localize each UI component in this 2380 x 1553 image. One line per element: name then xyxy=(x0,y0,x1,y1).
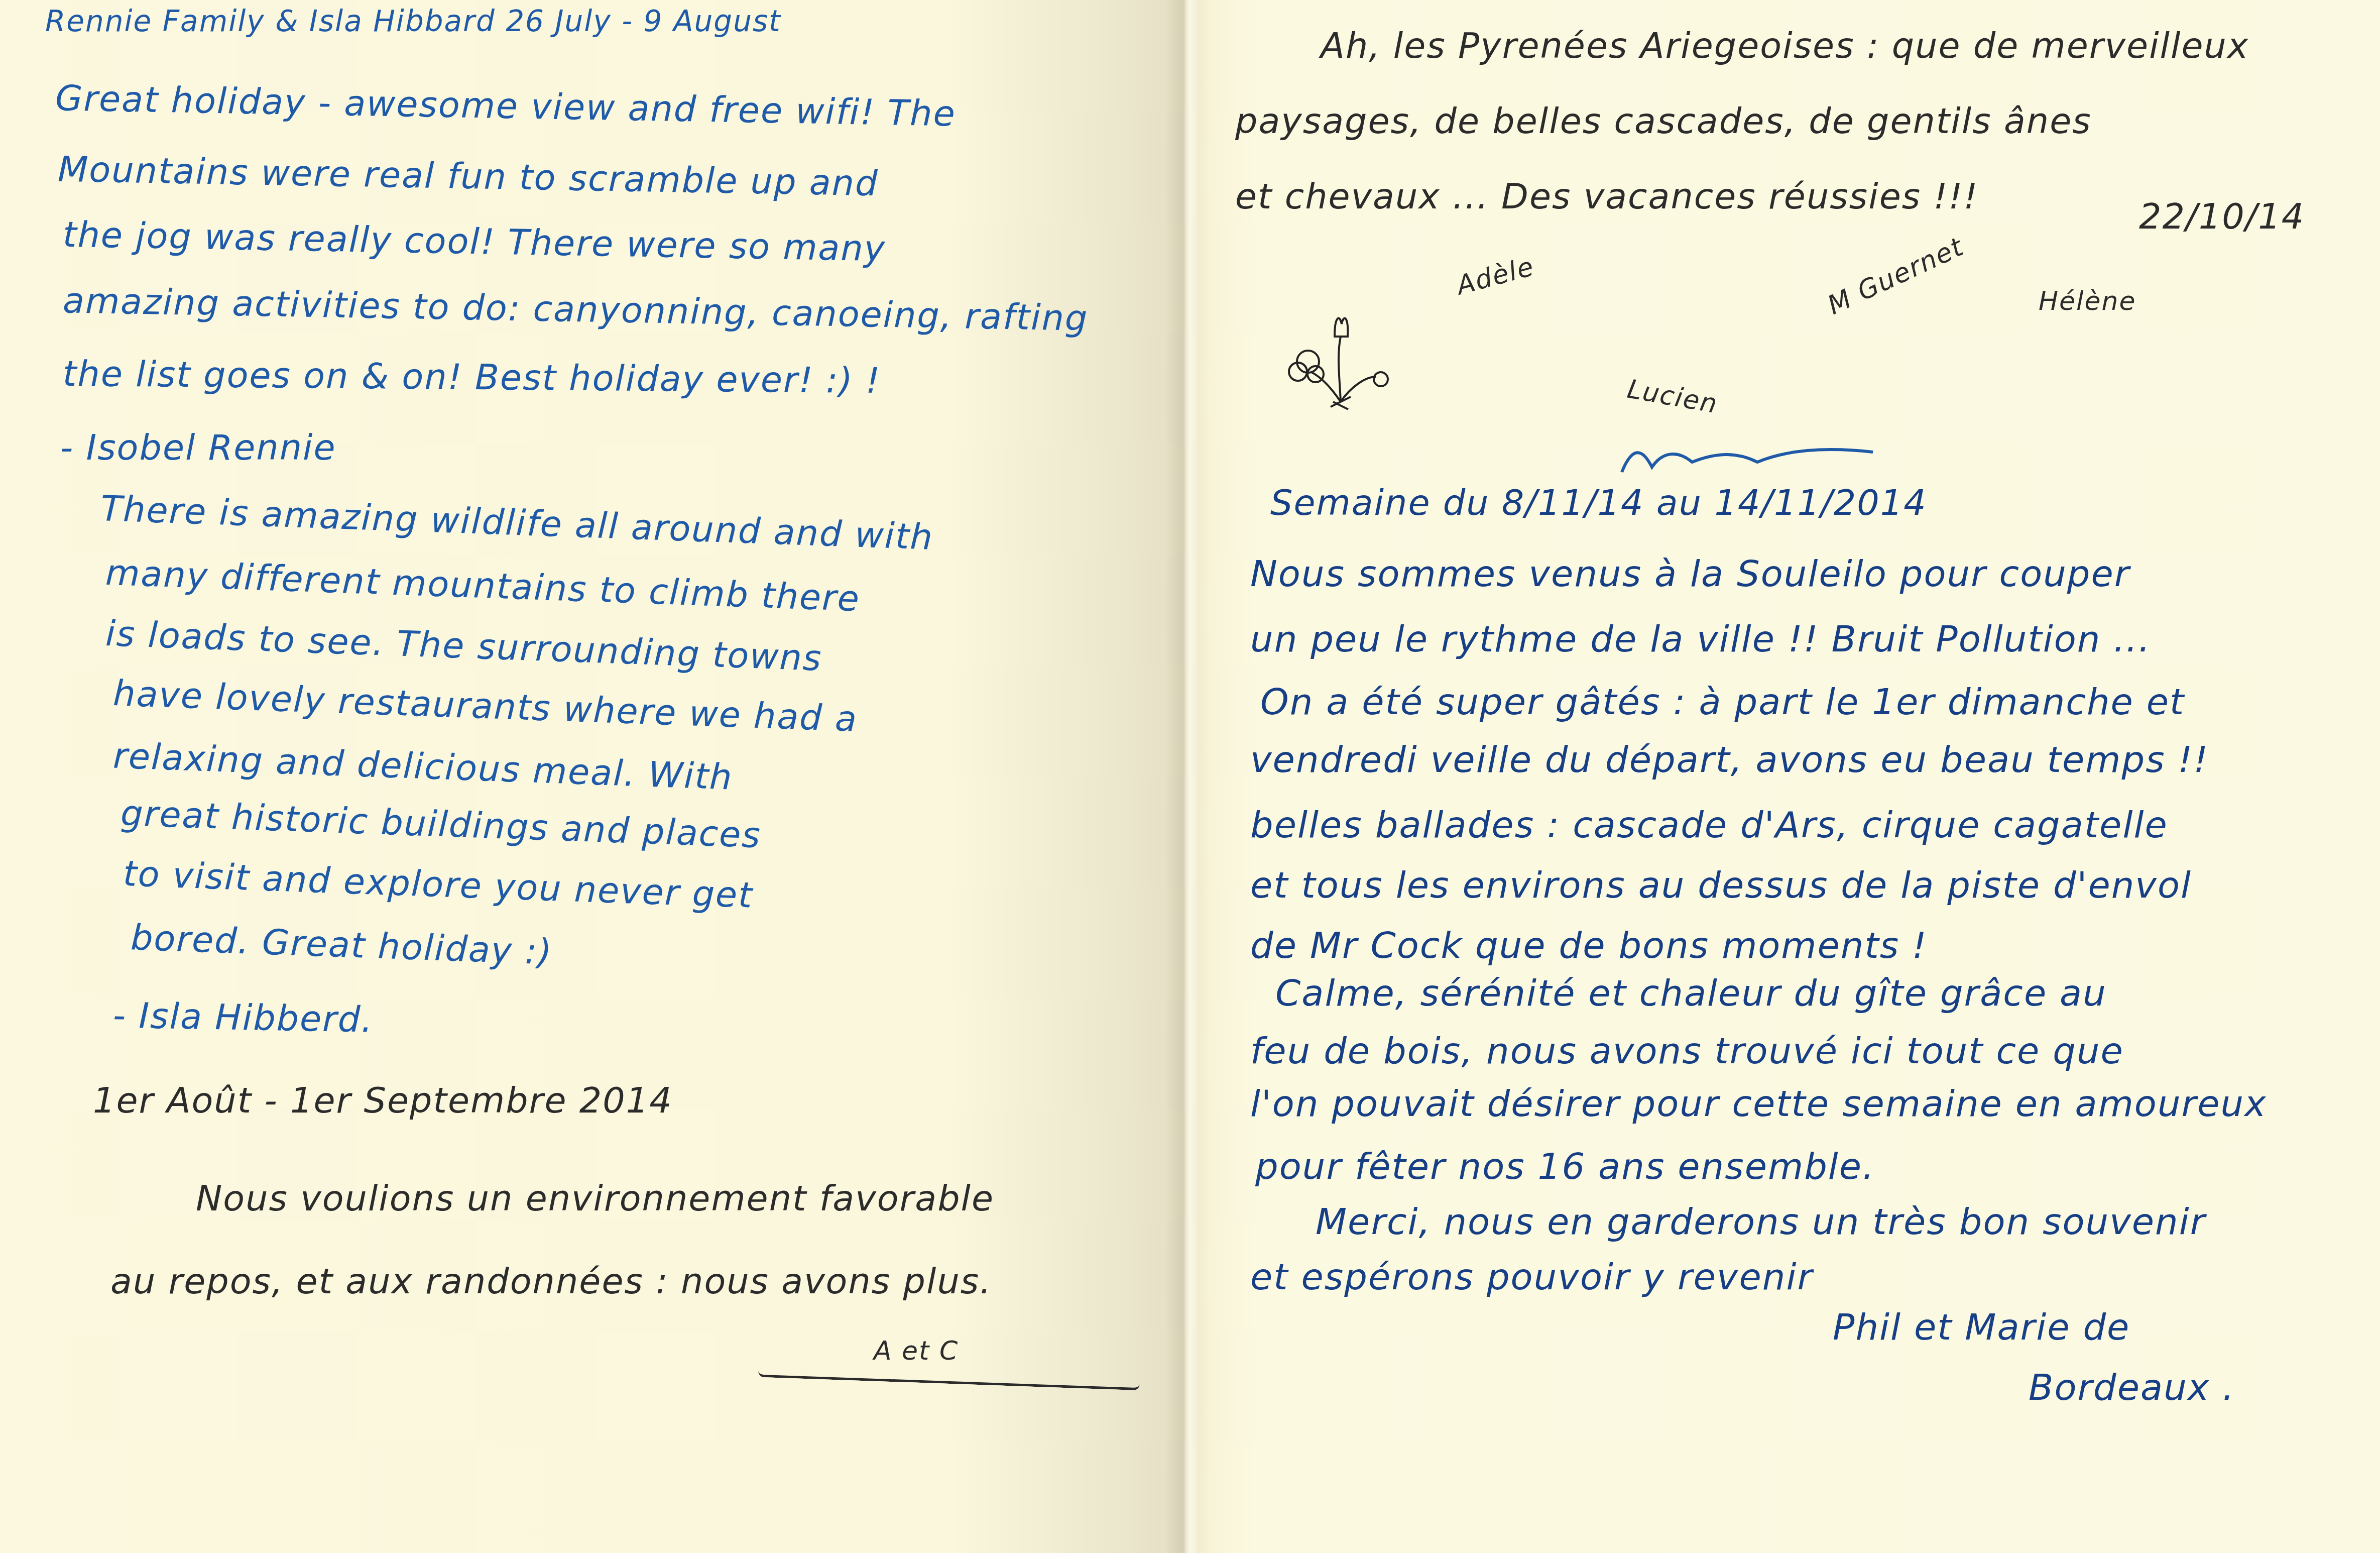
entry-signature: - Isobel Rennie xyxy=(60,427,336,468)
entry-line: et tous les environs au dessus de la pis… xyxy=(1250,864,2192,906)
entry-date: 22/10/14 xyxy=(2139,196,2305,237)
entry-line: Ah, les Pyrenées Ariegeoises : que de me… xyxy=(1321,25,2249,66)
entry-line: vendredi veille du départ, avons eu beau… xyxy=(1250,738,2209,781)
entry-line: many different mountains to climb there xyxy=(105,552,861,619)
signature-flourish xyxy=(758,1365,1140,1391)
entry-line: un peu le rythme de la ville !! Bruit Po… xyxy=(1250,618,2151,660)
entry-line: Nous sommes venus à la Souleilo pour cou… xyxy=(1250,552,2130,595)
entry-signature: Bordeaux . xyxy=(2029,1366,2235,1408)
guestbook-spread: Rennie Family & Isla Hibbard 26 July - 9… xyxy=(0,0,2380,1553)
entry-line: On a été super gâtés : à part le 1er dim… xyxy=(1260,681,2185,723)
entry-line: Great holiday - awesome view and free wi… xyxy=(55,77,956,134)
right-page: Ah, les Pyrenées Ariegeoises : que de me… xyxy=(1185,0,2380,1553)
signature: M Guernet xyxy=(1823,232,1968,321)
entry-line: bored. Great holiday :) xyxy=(130,917,553,972)
wave-divider-icon xyxy=(1617,442,1878,477)
signature: Lucien xyxy=(1625,374,1720,420)
entry-header-rennie: Rennie Family & Isla Hibbard 26 July - 9… xyxy=(45,4,781,38)
entry-line: au repos, et aux randonnées : nous avons… xyxy=(110,1261,992,1302)
entry-line: de Mr Cock que de bons moments ! xyxy=(1250,924,1928,966)
entry-line: relaxing and delicious meal. With xyxy=(112,735,734,798)
entry-line: the jog was really cool! There were so m… xyxy=(62,214,886,270)
entry-date: 1er Août - 1er Septembre 2014 xyxy=(93,1080,673,1121)
entry-line: Mountains were real fun to scramble up a… xyxy=(57,149,879,204)
entry-line: great historic buildings and places xyxy=(120,793,762,856)
entry-signature: Phil et Marie de xyxy=(1833,1306,2130,1348)
entry-line: There is amazing wildlife all around and… xyxy=(100,488,934,558)
entry-line: paysages, de belles cascades, de gentils… xyxy=(1235,100,2092,142)
entry-line: et chevaux ... Des vacances réussies !!! xyxy=(1235,176,1979,217)
left-page: Rennie Family & Isla Hibbard 26 July - 9… xyxy=(0,0,1185,1553)
entry-line: the list goes on & on! Best holiday ever… xyxy=(63,353,881,401)
entry-line: pour fêter nos 16 ans ensemble. xyxy=(1255,1145,1875,1187)
entry-line: feu de bois, nous avons trouvé ici tout … xyxy=(1250,1030,2124,1072)
entry-line: amazing activities to do: canyonning, ca… xyxy=(62,280,1089,339)
entry-signature: - Isla Hibberd. xyxy=(112,994,374,1040)
flower-doodle-icon xyxy=(1280,301,1401,417)
entry-line: et espérons pouvoir y revenir xyxy=(1250,1256,1813,1298)
entry-line: Calme, sérénité et chaleur du gîte grâce… xyxy=(1275,972,2107,1014)
entry-line: is loads to see. The surrounding towns xyxy=(105,613,823,679)
signature: Hélène xyxy=(2039,286,2136,316)
entry-line: belles ballades : cascade d'Ars, cirque … xyxy=(1250,804,2168,846)
signature: Adèle xyxy=(1454,252,1537,301)
entry-signature: A et C xyxy=(874,1336,959,1366)
entry-line: l'on pouvait désirer pour cette semaine … xyxy=(1250,1082,2267,1125)
entry-line: Merci, nous en garderons un très bon sou… xyxy=(1316,1200,2206,1243)
entry-line: to visit and explore you never get xyxy=(123,853,754,916)
entry-line: have lovely restaurants where we had a xyxy=(112,673,858,740)
entry-header-semaine: Semaine du 8/11/14 au 14/11/2014 xyxy=(1270,482,1927,523)
entry-line: Nous voulions un environnement favorable xyxy=(196,1178,994,1219)
